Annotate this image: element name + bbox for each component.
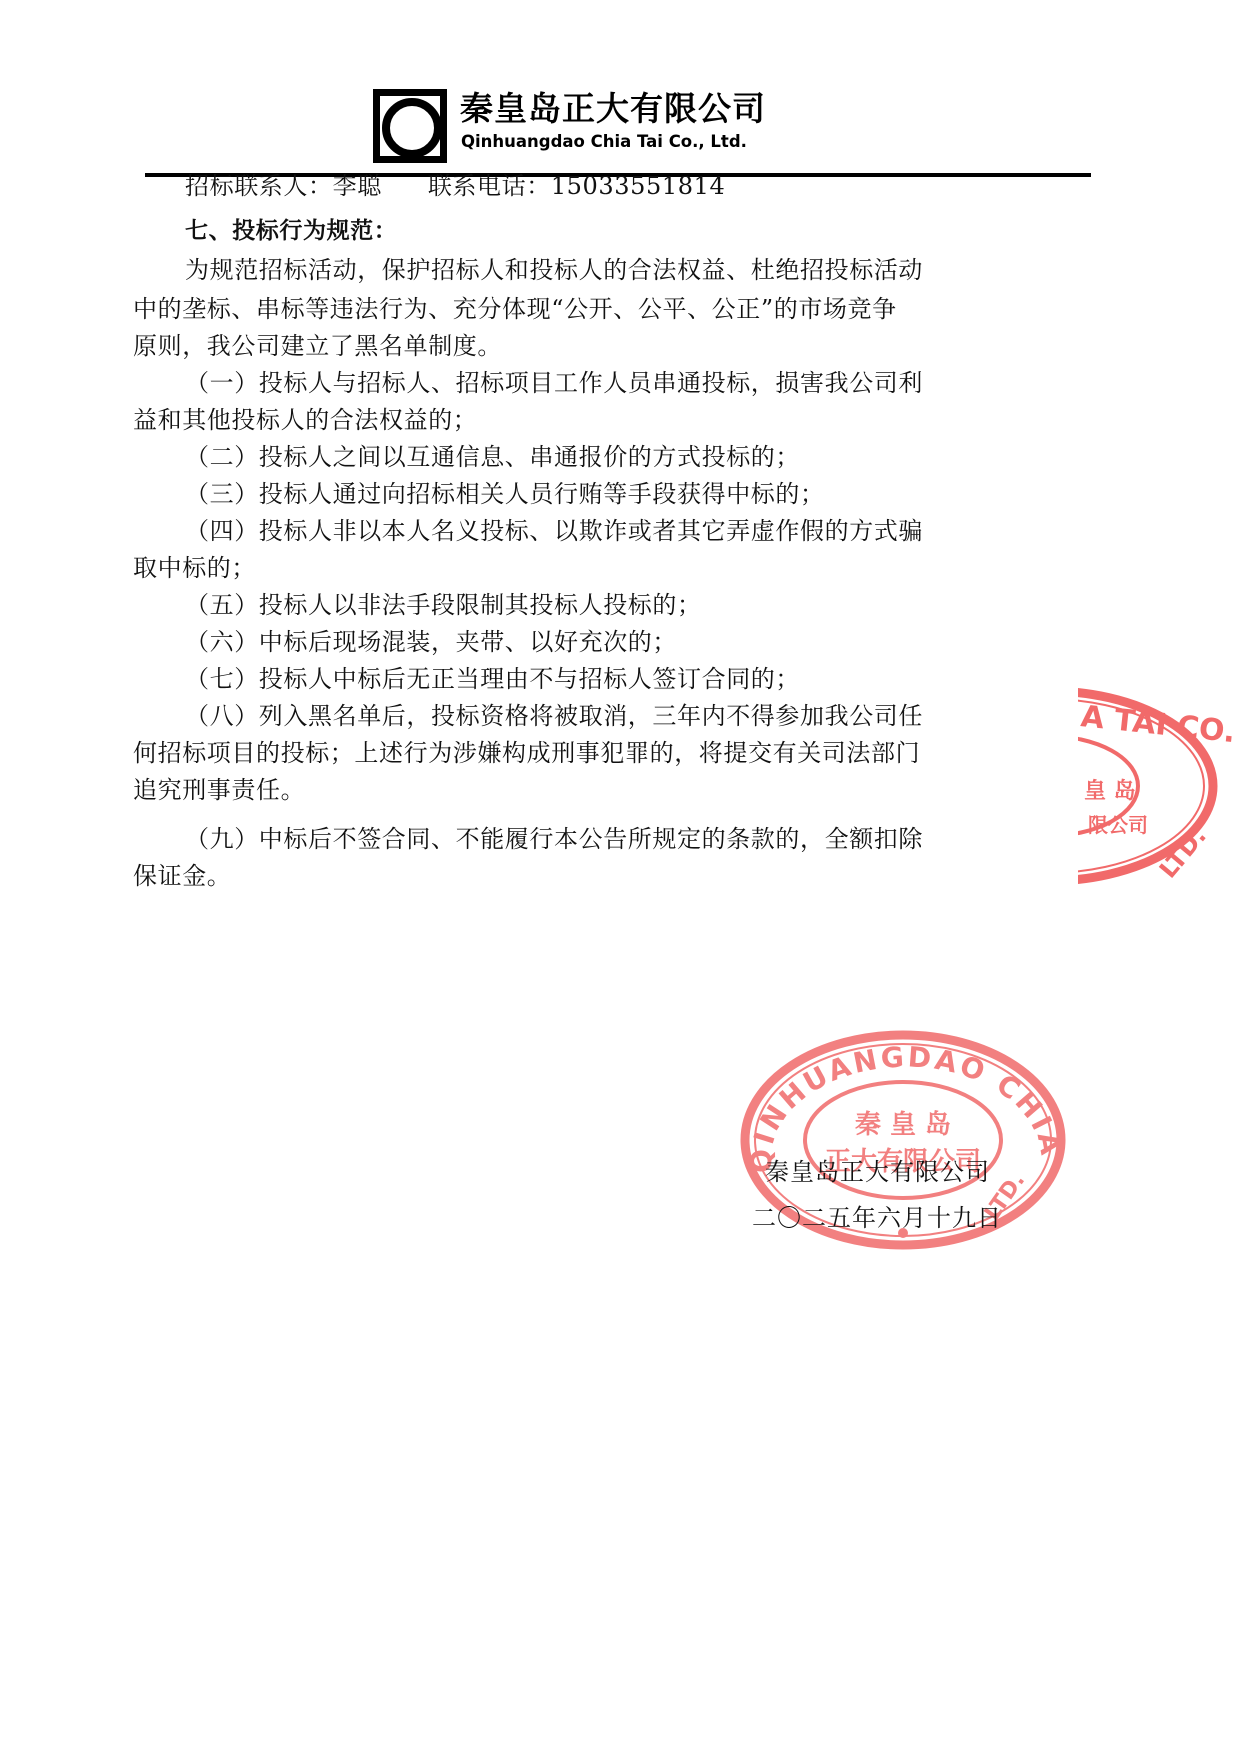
seal-stamp-icon: A TAI CO. 皇 岛 限公司 LTD. — [1078, 686, 1239, 886]
contact-line: 招标联系人：李聪联系电话：15033551814 — [185, 171, 725, 201]
company-name-cn: 秦皇岛正大有限公司 — [460, 89, 766, 129]
contact-person-name: 李聪 — [333, 172, 382, 200]
company-name-en: Qinhuangdao Chia Tai Co., Ltd. — [461, 131, 747, 153]
rule-item-4: （四）投标人非以本人名义投标、以欺诈或者其它弄虚作假的方式骗 — [185, 516, 923, 546]
rule-item-1: （一）投标人与招标人、招标项目工作人员串通投标，损害我公司利 — [185, 368, 923, 398]
contact-phone-label: 联系电话： — [428, 172, 551, 200]
intro-line: 中的垄标、串标等违法行为、充分体现“公开、公平、公正”的市场竞争 — [133, 294, 897, 324]
svg-text:皇 岛: 皇 岛 — [1084, 778, 1136, 804]
section-title: 七、投标行为规范： — [185, 216, 397, 246]
svg-text:秦 皇 岛: 秦 皇 岛 — [855, 1109, 951, 1140]
svg-text:A TAI CO.: A TAI CO. — [1079, 699, 1237, 750]
rule-item-1-cont: 益和其他投标人的合法权益的； — [133, 405, 477, 435]
signature-date: 二〇二五年六月十九日 — [752, 1203, 1002, 1233]
svg-text:LTD.: LTD. — [1154, 822, 1212, 883]
logo-inner — [380, 96, 440, 156]
rule-item-6: （六）中标后现场混装，夹带、以好充次的； — [185, 627, 677, 657]
rule-item-8-cont: 何招标项目的投标；上述行为涉嫌构成刑事犯罪的，将提交有关司法部门 — [133, 738, 920, 768]
rule-item-2: （二）投标人之间以互通信息、串通报价的方式投标的； — [185, 442, 800, 472]
rule-item-8: （八）列入黑名单后，投标资格将被取消，三年内不得参加我公司任 — [185, 701, 923, 731]
rule-item-9-cont: 保证金。 — [133, 861, 231, 891]
square-ring-logo-icon — [382, 98, 442, 158]
contact-phone: 15033551814 — [551, 172, 726, 200]
rule-item-5: （五）投标人以非法手段限制其投标人投标的； — [185, 590, 702, 620]
rule-item-4-cont: 取中标的； — [133, 553, 256, 583]
seam-stamp: A TAI CO. 皇 岛 限公司 LTD. — [1078, 686, 1239, 886]
svg-text:限公司: 限公司 — [1088, 813, 1148, 837]
signature-company: 秦皇岛正大有限公司 — [765, 1157, 990, 1187]
rule-item-3: （三）投标人通过向招标相关人员行贿等手段获得中标的； — [185, 479, 825, 509]
svg-text:QINHUANGDAO CHIA TAI CO.: QINHUANGDAO CHIA TAI CO. — [738, 1028, 1068, 1174]
company-logo — [373, 89, 447, 163]
rule-item-8-cont: 追究刑事责任。 — [133, 775, 305, 805]
rule-item-9: （九）中标后不签合同、不能履行本公告所规定的条款的，全额扣除 — [185, 824, 923, 854]
contact-person-label: 招标联系人： — [185, 172, 333, 200]
rule-item-7: （七）投标人中标后无正当理由不与招标人签订合同的； — [185, 664, 800, 694]
intro-line: 为规范招标活动，保护招标人和投标人的合法权益、杜绝招投标活动 — [185, 255, 923, 285]
intro-line: 原则，我公司建立了黑名单制度。 — [133, 331, 502, 361]
